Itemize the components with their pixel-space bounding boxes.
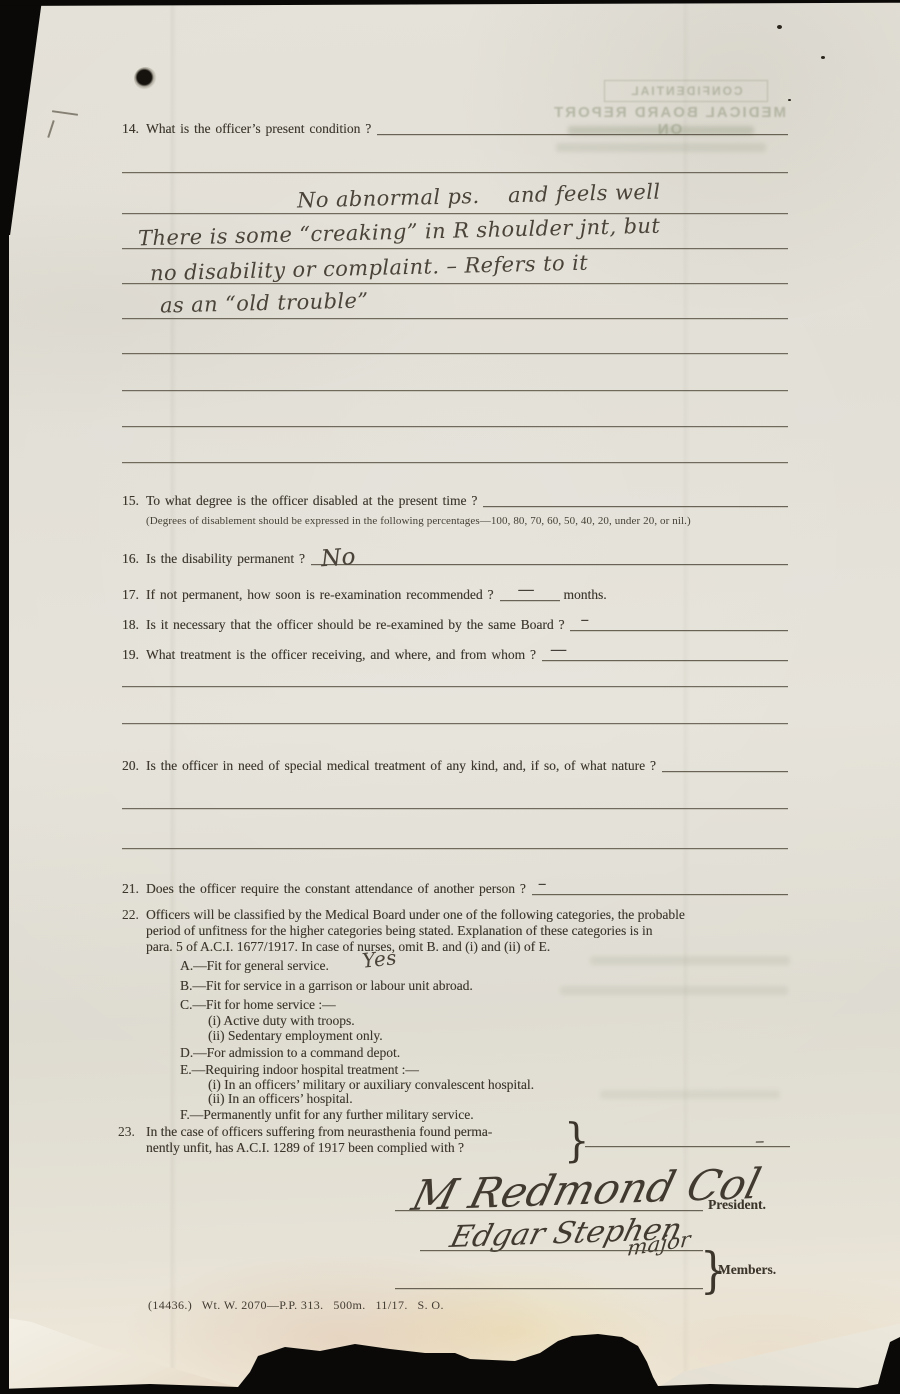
question-text: What treatment is the officer receiving,… bbox=[146, 646, 536, 663]
ruled-line bbox=[122, 390, 788, 391]
answer-line: – bbox=[570, 616, 788, 631]
category-c-i: (i) Active duty with troops. bbox=[208, 1013, 355, 1029]
question-number: 21. bbox=[122, 880, 146, 897]
paper-speck bbox=[788, 99, 791, 101]
ruled-line bbox=[122, 808, 788, 809]
handwritten-answer: No bbox=[320, 549, 356, 568]
question-20: 20. Is the officer in need of special me… bbox=[122, 757, 788, 774]
question-number: 16. bbox=[122, 550, 146, 567]
answer-line bbox=[377, 120, 788, 135]
paper-speck bbox=[777, 25, 782, 29]
answer-line bbox=[483, 492, 788, 507]
question-number: 20. bbox=[122, 757, 146, 774]
question-number: 23. bbox=[118, 1124, 135, 1140]
question-text: To what degree is the officer disabled a… bbox=[146, 492, 477, 509]
question-22-line3: para. 5 of A.C.I. 1677/1917. In case of … bbox=[146, 939, 550, 956]
answer-line bbox=[662, 757, 788, 772]
paper-sheet: CONFIDENTIAL MEDICAL BOARD REPORT ON 14.… bbox=[0, 0, 900, 1394]
answer-line: — bbox=[500, 586, 560, 601]
question-number: 18. bbox=[122, 616, 146, 633]
under-sheet-corner bbox=[0, 1312, 260, 1394]
handwritten-answer: as an “old trouble” bbox=[160, 288, 369, 317]
question-23-line1: In the case of officers suffering from n… bbox=[146, 1124, 492, 1141]
answer-line: – bbox=[532, 880, 788, 895]
question-18: 18. Is it necessary that the officer sho… bbox=[122, 616, 788, 633]
answer-line: — bbox=[542, 646, 788, 661]
question-number: 22. bbox=[122, 907, 139, 923]
ruled-line bbox=[122, 172, 788, 173]
question-number: 19. bbox=[122, 646, 146, 663]
signature-line bbox=[395, 1210, 703, 1211]
signature-line bbox=[395, 1288, 703, 1289]
punch-hole bbox=[134, 67, 157, 90]
members-label: Members. bbox=[718, 1262, 776, 1278]
bleedthrough-confidential-stamp: CONFIDENTIAL bbox=[604, 80, 768, 102]
pen-mark bbox=[47, 120, 54, 138]
question-22-line2: period of unfitness for the higher categ… bbox=[146, 923, 652, 940]
handwritten-answer: No abnormal ps. and feels well bbox=[297, 180, 661, 213]
category-c: C.—Fit for home service :— bbox=[180, 997, 336, 1013]
question-19: 19. What treatment is the officer receiv… bbox=[122, 646, 788, 663]
answer-line: No bbox=[311, 550, 788, 565]
question-text: What is the officer’s present condition … bbox=[146, 120, 371, 137]
question-number: 17. bbox=[122, 586, 146, 603]
category-d: D.—For admission to a command depot. bbox=[180, 1045, 400, 1061]
category-e-ii: (ii) In an officers’ hospital. bbox=[208, 1091, 353, 1107]
question-21: 21. Does the officer require the constan… bbox=[122, 880, 788, 897]
category-b: B.—Fit for service in a garrison or labo… bbox=[180, 978, 473, 994]
category-c-ii: (ii) Sedentary employment only. bbox=[208, 1028, 383, 1044]
president-label: President. bbox=[708, 1197, 766, 1213]
question-22-line1: Officers will be classified by the Medic… bbox=[146, 907, 685, 924]
page-top-edge bbox=[0, 0, 900, 6]
bleedthrough-text-blur bbox=[600, 1090, 780, 1099]
question-23-line2: nently unfit, has A.C.I. 1289 of 1917 be… bbox=[146, 1140, 464, 1157]
handwritten-answer: Yes bbox=[361, 945, 398, 973]
handwritten-dash: – bbox=[755, 1130, 765, 1152]
question-14: 14. What is the officer’s present condit… bbox=[122, 120, 788, 137]
question-number: 15. bbox=[122, 492, 146, 509]
months-label: months. bbox=[564, 586, 607, 603]
page-top-left-corner bbox=[0, 0, 42, 235]
paper-speck bbox=[821, 56, 825, 59]
folded-corner bbox=[648, 1314, 900, 1394]
ruled-line bbox=[122, 848, 788, 849]
ruled-line bbox=[122, 318, 788, 319]
handwritten-dash: — bbox=[518, 582, 535, 599]
question-text: Is it necessary that the officer should … bbox=[146, 616, 564, 633]
question-text: Is the officer in need of special medica… bbox=[146, 757, 656, 774]
category-f: F.—Permanently unfit for any further mil… bbox=[180, 1107, 474, 1123]
bleedthrough-text-blur bbox=[556, 143, 766, 152]
ruled-line bbox=[122, 353, 788, 354]
question-15-note: (Degrees of disablement should be expres… bbox=[146, 515, 800, 527]
printer-imprint: (14436.) Wt. W. 2070—P.P. 313. 500m. 11/… bbox=[148, 1298, 444, 1313]
question-text: Is the disability permanent ? bbox=[146, 550, 305, 567]
question-number: 14. bbox=[122, 120, 146, 137]
question-text: If not permanent, how soon is re-examina… bbox=[146, 586, 494, 603]
question-16: 16. Is the disability permanent ? No bbox=[122, 550, 788, 567]
ruled-line bbox=[122, 462, 788, 463]
question-text: Does the officer require the constant at… bbox=[146, 880, 526, 897]
signature-line bbox=[420, 1250, 703, 1251]
bleedthrough-text-blur bbox=[560, 986, 788, 995]
handwritten-dash: – bbox=[580, 612, 589, 629]
question-23-brace: } bbox=[564, 1115, 589, 1168]
bleedthrough-text-blur bbox=[590, 956, 790, 965]
handwritten-dash: – bbox=[538, 876, 547, 893]
ruled-line bbox=[122, 213, 788, 214]
handwritten-answer: no disability or complaint. – Refers to … bbox=[150, 251, 589, 286]
pen-mark bbox=[52, 110, 78, 116]
handwritten-answer: There is some “creaking” in R shoulder j… bbox=[138, 214, 661, 251]
ruled-line bbox=[122, 426, 788, 427]
question-15: 15. To what degree is the officer disabl… bbox=[122, 492, 788, 509]
ruled-line bbox=[122, 723, 788, 724]
ruled-line bbox=[122, 686, 788, 687]
category-e: E.—Requiring indoor hospital treatment :… bbox=[180, 1062, 419, 1078]
handwritten-dash: — bbox=[550, 642, 567, 659]
question-17: 17. If not permanent, how soon is re-exa… bbox=[122, 586, 788, 603]
category-a: A.—Fit for general service. bbox=[180, 958, 329, 974]
